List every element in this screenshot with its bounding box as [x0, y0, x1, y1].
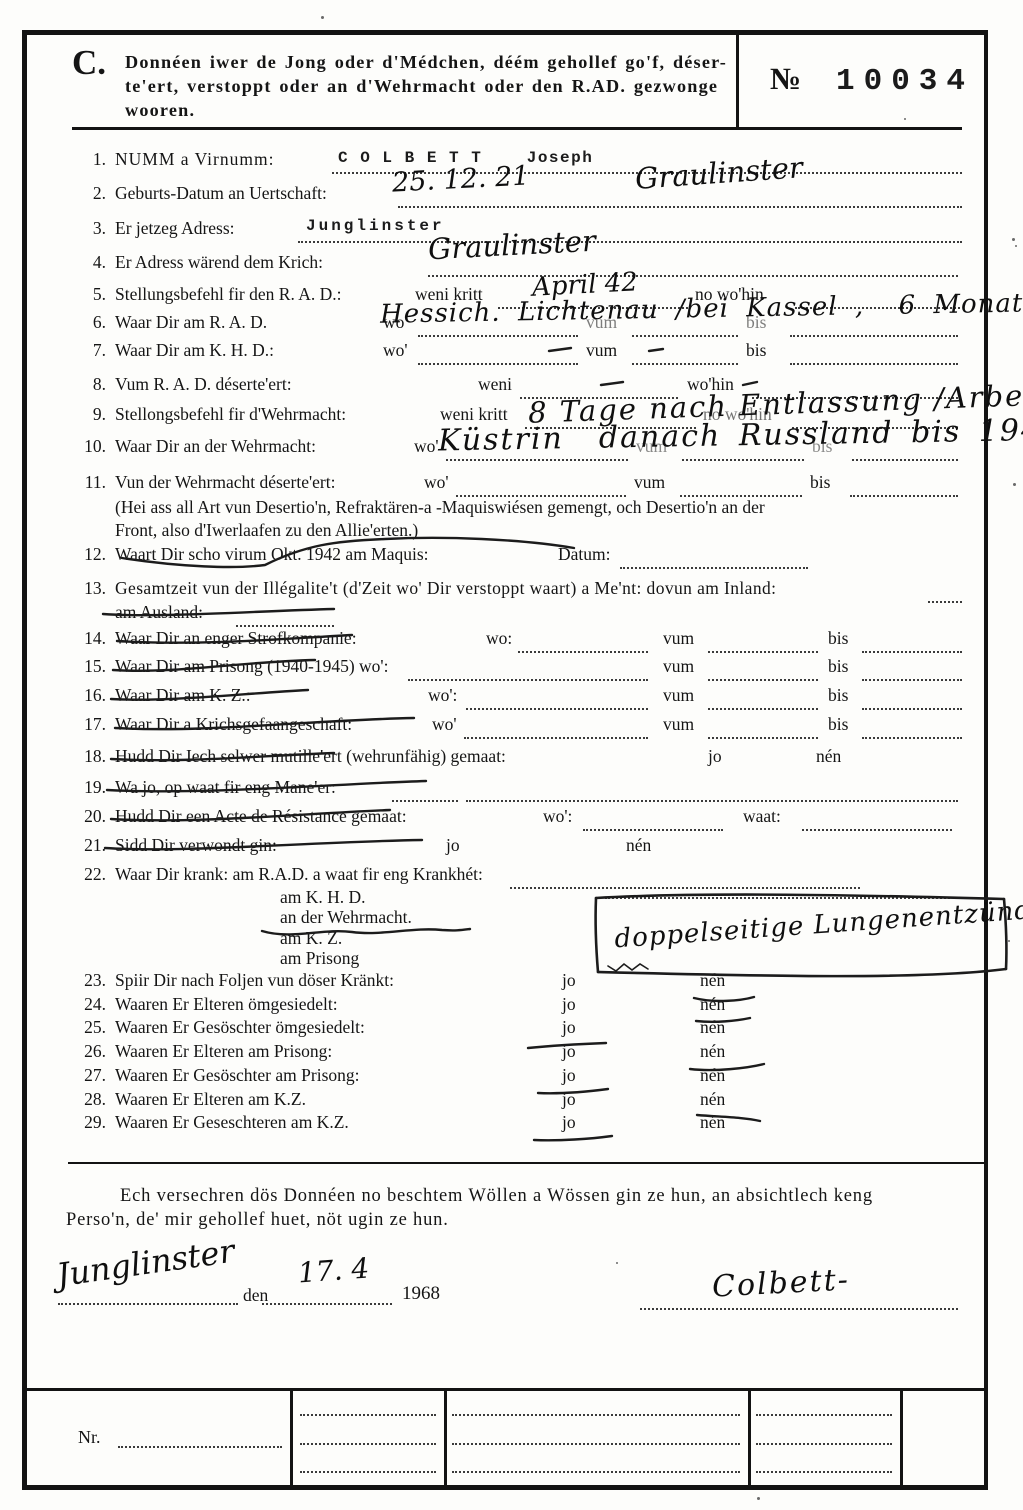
item-5-label: Stellungsbefehl fir den R. A. D.:	[115, 285, 342, 304]
dotted-line	[708, 737, 818, 739]
item-11-note-line-2: Front, also d'Iwerlaafen zu den Allie'er…	[115, 521, 418, 540]
dotted-line	[802, 829, 952, 831]
dotted-line	[298, 241, 962, 243]
item-12-label: Waart Dir scho virum Okt. 1942 am Maquis…	[115, 545, 429, 564]
item-1-number: 1.	[70, 150, 106, 169]
dotted-line	[418, 335, 578, 337]
scan-speck	[616, 1262, 618, 1264]
scan-speck	[1013, 483, 1016, 486]
dash-mark	[743, 382, 757, 385]
item-16-field-bis: bis	[828, 686, 848, 705]
dotted-line	[790, 335, 958, 337]
item-24-label: Waaren Er Elteren ömgesiedelt:	[115, 995, 338, 1014]
item-3-label: Er jetzeg Adress:	[115, 219, 235, 238]
item-12-number: 12.	[70, 545, 106, 564]
dotted-line	[118, 1446, 282, 1448]
item-22-sub-kz: am K. Z.	[280, 929, 342, 948]
item-14-field-vum: vum	[663, 629, 694, 648]
dotted-line	[418, 363, 578, 365]
item-12-field-datum: Datum:	[558, 545, 611, 564]
item-7-field-vum: vum	[586, 341, 617, 360]
dotted-line	[466, 708, 648, 710]
dotted-line	[452, 1443, 740, 1445]
scan-speck	[1008, 940, 1010, 942]
item-16-number: 16.	[70, 686, 106, 705]
item-29-answer-nen: nén	[700, 1113, 725, 1132]
item-11-field-wo: wo'	[424, 473, 449, 492]
footer-nr-label: Nr.	[78, 1428, 101, 1448]
item-2-handwritten-date: 25. 12. 21	[391, 160, 530, 198]
item-28-label: Waaren Er Elteren am K.Z.	[115, 1090, 306, 1109]
item-11-field-vum: vum	[634, 473, 665, 492]
item-3-number: 3.	[70, 219, 106, 238]
item-7-field-bis: bis	[746, 341, 766, 360]
item-26-label: Waaren Er Elteren am Prisong:	[115, 1042, 332, 1061]
item-10-field-wo: wo'	[414, 437, 439, 456]
item-18-label: Hudd Dir Iech selwer mutille'ert (wehrun…	[115, 747, 506, 766]
header-divider	[736, 33, 739, 129]
dotted-line	[452, 1471, 740, 1473]
item-13-number: 13.	[70, 579, 106, 598]
item-15-number: 15.	[70, 657, 106, 676]
item-21-label: Sidd Dir verwondt gin:	[115, 836, 277, 855]
form-number: 10034	[836, 64, 974, 99]
item-29-number: 29.	[70, 1113, 106, 1132]
item-18-answer-nen: nén	[816, 747, 841, 766]
item-11-number: 11.	[70, 473, 106, 492]
item-26-answer-nen: nén	[700, 1042, 725, 1061]
dotted-line	[510, 887, 860, 889]
dotted-line	[790, 363, 958, 365]
item-14-label: Waar Dir an enger Strofkompanie:	[115, 629, 357, 648]
dotted-line	[398, 206, 962, 208]
item-7-number: 7.	[70, 341, 106, 360]
item-4-label: Er Adress wärend dem Krich:	[115, 253, 323, 272]
item-20-field-waat: waat:	[743, 807, 781, 826]
item-27-answer-jo: jo	[562, 1066, 576, 1085]
item-20-field-wo: wo':	[543, 807, 572, 826]
item-28-answer-nen: nén	[700, 1090, 725, 1109]
item-25-answer-jo: jo	[562, 1018, 576, 1037]
underline-jo-29	[534, 1136, 612, 1140]
item-25-answer-nen: nén	[700, 1018, 725, 1037]
page-border-bottom	[22, 1485, 988, 1490]
dotted-line	[756, 1443, 892, 1445]
item-5-number: 5.	[70, 285, 106, 304]
dotted-line	[708, 679, 818, 681]
scan-speck	[757, 1497, 760, 1500]
item-7-field-wo: wo'	[383, 341, 408, 360]
table-divider-4	[900, 1391, 903, 1485]
item-9-number: 9.	[70, 405, 106, 424]
item-25-label: Waaren Er Gesöschter ömgesiedelt:	[115, 1018, 365, 1037]
item-28-number: 28.	[70, 1090, 106, 1109]
item-13-label: Gesamtzeit vun der Illégalite't (d'Zeit …	[115, 579, 776, 598]
item-21-answer-jo: jo	[446, 836, 460, 855]
dash-mark	[649, 349, 663, 351]
signature-year: 1968	[402, 1284, 440, 1305]
item-29-label: Waaren Er Geseschteren am K.Z.	[115, 1113, 349, 1132]
item-29-answer-jo: jo	[562, 1113, 576, 1132]
item-23-answer-nen: nén	[700, 971, 725, 990]
item-19-label: Wa jo, op waat fir eng Mane'er:	[115, 778, 336, 797]
item-22-sub-wehrmacht: an der Wehrmacht.	[280, 908, 412, 927]
item-3-value: Junglinster	[306, 217, 445, 235]
page-border-right	[984, 30, 988, 1490]
item-19-number: 19.	[70, 778, 106, 797]
item-27-number: 27.	[70, 1066, 106, 1085]
item-4-number: 4.	[70, 253, 106, 272]
item-14-number: 14.	[70, 629, 106, 648]
signature-date-handwritten: 17. 4	[297, 1252, 370, 1290]
header-line-2: te'ert, verstoppt oder an d'Wehrmacht od…	[125, 76, 718, 96]
item-16-label: Waar Dir am K. Z.:	[115, 686, 251, 705]
dash-mark	[601, 382, 623, 385]
item-11-label: Vun der Wehrmacht déserte'ert:	[115, 473, 336, 492]
item-1-label: NUMM a Virnumm:	[115, 150, 274, 169]
item-15-label: Waar Dir am Prisong (1940-1945) wo':	[115, 657, 388, 676]
scanned-form-page: C. Donnéen iwer de Jong oder d'Médchen, …	[0, 0, 1023, 1510]
dotted-line	[446, 459, 628, 461]
item-23-answer-jo: jo	[562, 971, 576, 990]
item-24-answer-nen: nén	[700, 995, 725, 1014]
table-divider-2	[444, 1391, 447, 1485]
item-18-number: 18.	[70, 747, 106, 766]
item-24-answer-jo: jo	[562, 995, 576, 1014]
item-23-number: 23.	[70, 971, 106, 990]
item-22-number: 22.	[70, 865, 106, 884]
item-20-number: 20.	[70, 807, 106, 826]
item-16-field-vum: vum	[663, 686, 694, 705]
scan-speck	[1012, 238, 1015, 241]
item-18-answer-jo: jo	[708, 747, 722, 766]
item-22-sub-prisong: am Prisong	[280, 949, 359, 968]
item-28-answer-jo: jo	[562, 1090, 576, 1109]
item-2-handwritten-place: Graulinster	[634, 150, 804, 196]
scan-speck	[321, 16, 324, 19]
dotted-line	[862, 708, 962, 710]
dotted-line	[583, 829, 723, 831]
item-8-field-weni: weni	[478, 375, 512, 394]
item-22-sub-khd: am K. H. D.	[280, 888, 366, 907]
dash-mark	[549, 348, 571, 351]
item-8-label: Vum R. A. D. déserte'ert:	[115, 375, 292, 394]
item-4-handwritten: Graulinster	[427, 224, 596, 267]
dotted-line	[300, 1443, 436, 1445]
dotted-line	[466, 800, 958, 802]
item-10-number: 10.	[70, 437, 106, 456]
item-9-label: Stellongsbefehl fir d'Wehrmacht:	[115, 405, 346, 424]
item-21-number: 21.	[70, 836, 106, 855]
item-2-number: 2.	[70, 184, 106, 203]
dotted-line	[632, 363, 738, 365]
item-11-note-line-1: (Hei ass all Art vun Desertio'n, Refrakt…	[115, 498, 765, 517]
table-divider-3	[748, 1391, 751, 1485]
dotted-line	[392, 800, 458, 802]
dotted-line	[300, 1414, 436, 1416]
dotted-line	[850, 495, 958, 497]
item-17-field-bis: bis	[828, 715, 848, 734]
item-24-number: 24.	[70, 995, 106, 1014]
dotted-line	[620, 567, 808, 569]
scan-speck	[904, 118, 906, 120]
item-15-field-vum: vum	[663, 657, 694, 676]
item-14-field-wo: wo:	[486, 629, 512, 648]
item-27-label: Waaren Er Gesöschter am Prisong:	[115, 1066, 360, 1085]
item-17-number: 17.	[70, 715, 106, 734]
handwritten-box-left	[596, 898, 598, 972]
table-divider-1	[290, 1391, 293, 1485]
dotted-line	[708, 651, 818, 653]
signature-place-handwritten: Junglinster	[54, 1232, 237, 1295]
item-9-field-weni-kritt: weni kritt	[440, 405, 508, 424]
item-13-label-ausland: am Ausland:	[115, 603, 203, 622]
dotted-line	[928, 601, 962, 603]
dotted-line	[756, 1471, 892, 1473]
item-26-number: 26.	[70, 1042, 106, 1061]
item-22-label: Waar Dir krank: am R.A.D. a waat fir eng…	[115, 865, 483, 884]
dotted-line	[862, 651, 962, 653]
page-border-left	[22, 30, 27, 1490]
dotted-line	[756, 1414, 892, 1416]
item-10-handwritten: Küstrin danach Russland bis 1945	[438, 413, 1023, 459]
dotted-line	[262, 1303, 392, 1305]
header-line-3: wooren.	[125, 100, 195, 120]
item-6-number: 6.	[70, 313, 106, 332]
signature-handwritten: Colbett-	[711, 1262, 850, 1304]
item-2-label: Geburts-Datum an Uertschaft:	[115, 184, 327, 203]
declaration-line-2: Perso'n, de' mir gehollef huet, nöt ugin…	[66, 1210, 449, 1230]
item-22-handwritten-diagnosis: doppelseitige Lungenentzündung	[614, 892, 1023, 955]
dotted-line	[640, 1308, 958, 1310]
item-7-label: Waar Dir am K. H. D.:	[115, 341, 274, 360]
dotted-line	[452, 1414, 740, 1416]
dotted-line	[408, 679, 648, 681]
item-17-label: Waar Dir a Krichsgefaangeschaft:	[115, 715, 352, 734]
item-27-answer-nen: nén	[700, 1066, 725, 1085]
section-letter: C.	[72, 44, 106, 83]
item-8-number: 8.	[70, 375, 106, 394]
item-17-field-wo: wo'	[432, 715, 457, 734]
dotted-line	[852, 459, 958, 461]
header-separator	[72, 127, 962, 130]
item-11-field-bis: bis	[810, 473, 830, 492]
dotted-line	[632, 335, 738, 337]
dotted-line	[682, 459, 804, 461]
dotted-line	[428, 275, 958, 277]
declaration-line-1: Ech versechren dös Donnéen no beschtem W…	[120, 1186, 873, 1206]
item-21-answer-nen: nén	[626, 836, 651, 855]
page-border-top	[22, 30, 988, 35]
item-10-label: Waar Dir an der Wehrmacht:	[115, 437, 316, 456]
dotted-line	[300, 1471, 436, 1473]
item-6-label: Waar Dir am R. A. D.	[115, 313, 267, 332]
item-14-field-bis: bis	[828, 629, 848, 648]
declaration-separator	[68, 1162, 986, 1164]
table-top-border	[22, 1388, 988, 1391]
dotted-line	[58, 1303, 238, 1305]
item-25-number: 25.	[70, 1018, 106, 1037]
number-sign: №	[770, 62, 801, 96]
item-15-field-bis: bis	[828, 657, 848, 676]
item-20-label: Hudd Dir een Acte de Résistance gemaat:	[115, 807, 407, 826]
dotted-line	[464, 737, 648, 739]
handwritten-box-scribble	[608, 964, 648, 971]
header-line-1: Donnéen iwer de Jong oder d'Médchen, déé…	[125, 52, 727, 72]
dotted-line	[708, 708, 818, 710]
dotted-line	[605, 897, 950, 899]
item-23-label: Spiir Dir nach Foljen vun döser Kränkt:	[115, 971, 394, 990]
dotted-line	[862, 679, 962, 681]
dotted-line	[862, 737, 962, 739]
handwritten-box-bottom	[598, 969, 1006, 976]
item-16-field-wo: wo':	[428, 686, 457, 705]
item-17-field-vum: vum	[663, 715, 694, 734]
scan-speck	[1015, 245, 1017, 247]
item-26-answer-jo: jo	[562, 1042, 576, 1061]
dotted-line	[518, 651, 648, 653]
dotted-line	[236, 625, 334, 627]
